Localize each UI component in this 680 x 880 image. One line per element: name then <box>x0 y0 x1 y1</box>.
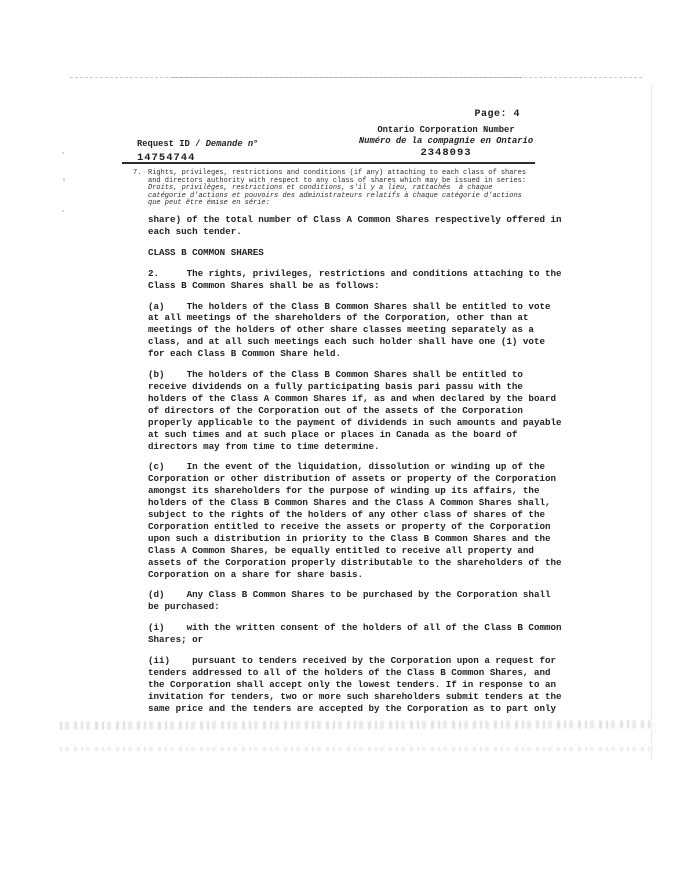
document-body: share) of the total number of Class A Co… <box>148 214 588 724</box>
section-7-text-english: Rights, privileges, restrictions and con… <box>148 170 573 185</box>
paragraph-ii-tenders: (ii) pursuant to tenders received by the… <box>148 655 588 715</box>
scan-artifact-speck <box>63 178 65 181</box>
scan-artifact-top-dashed-line <box>70 77 642 78</box>
request-id-label-en: Request ID / <box>137 139 206 149</box>
paragraph-2: 2. The rights, privileges, restrictions … <box>148 268 588 292</box>
paragraph-c-liquidation: (c) In the event of the liquidation, dis… <box>148 461 588 580</box>
paragraph-a-voting-rights: (a) The holders of the Class B Common Sh… <box>148 301 588 361</box>
corporation-number-label-fr: Numéro de la compagnie en Ontario <box>330 136 562 147</box>
scan-artifact-top-dark-segment <box>172 77 522 78</box>
section-7-number: 7. <box>133 170 141 178</box>
header-divider-rule <box>122 162 535 164</box>
page-number: Page: 4 <box>420 109 520 120</box>
corporation-number-label-en: Ontario Corporation Number <box>330 125 562 136</box>
scan-artifact-speck <box>62 210 64 212</box>
paragraph-i-written-consent: (i) with the written consent of the hold… <box>148 622 588 646</box>
scanned-document-page: Page: 4 Ontario Corporation Number Numér… <box>0 0 680 880</box>
heading-class-b-common-shares: CLASS B COMMON SHARES <box>148 247 588 259</box>
paragraph-b-dividends: (b) The holders of the Class B Common Sh… <box>148 369 588 452</box>
scan-artifact-speck <box>62 152 64 154</box>
scan-artifact-noise-band <box>60 747 650 751</box>
scan-artifact-right-edge-line <box>651 85 652 760</box>
request-id-label: Request ID / Demande n° <box>137 139 258 150</box>
corporation-number-block: Ontario Corporation Number Numéro de la … <box>330 125 562 159</box>
corporation-number-value: 2348093 <box>330 148 562 159</box>
section-7-form-text: 7. Rights, privileges, restrictions and … <box>133 170 573 208</box>
paragraph-d-purchase: (d) Any Class B Common Shares to be purc… <box>148 589 588 613</box>
paragraph-intro-continuation: share) of the total number of Class A Co… <box>148 214 588 238</box>
request-id-label-fr: Demande n° <box>206 139 259 149</box>
section-7-text-french: Droits, privilèges, restrictions et cond… <box>148 185 573 208</box>
request-id-block: Request ID / Demande n° 14754744 <box>137 139 258 163</box>
